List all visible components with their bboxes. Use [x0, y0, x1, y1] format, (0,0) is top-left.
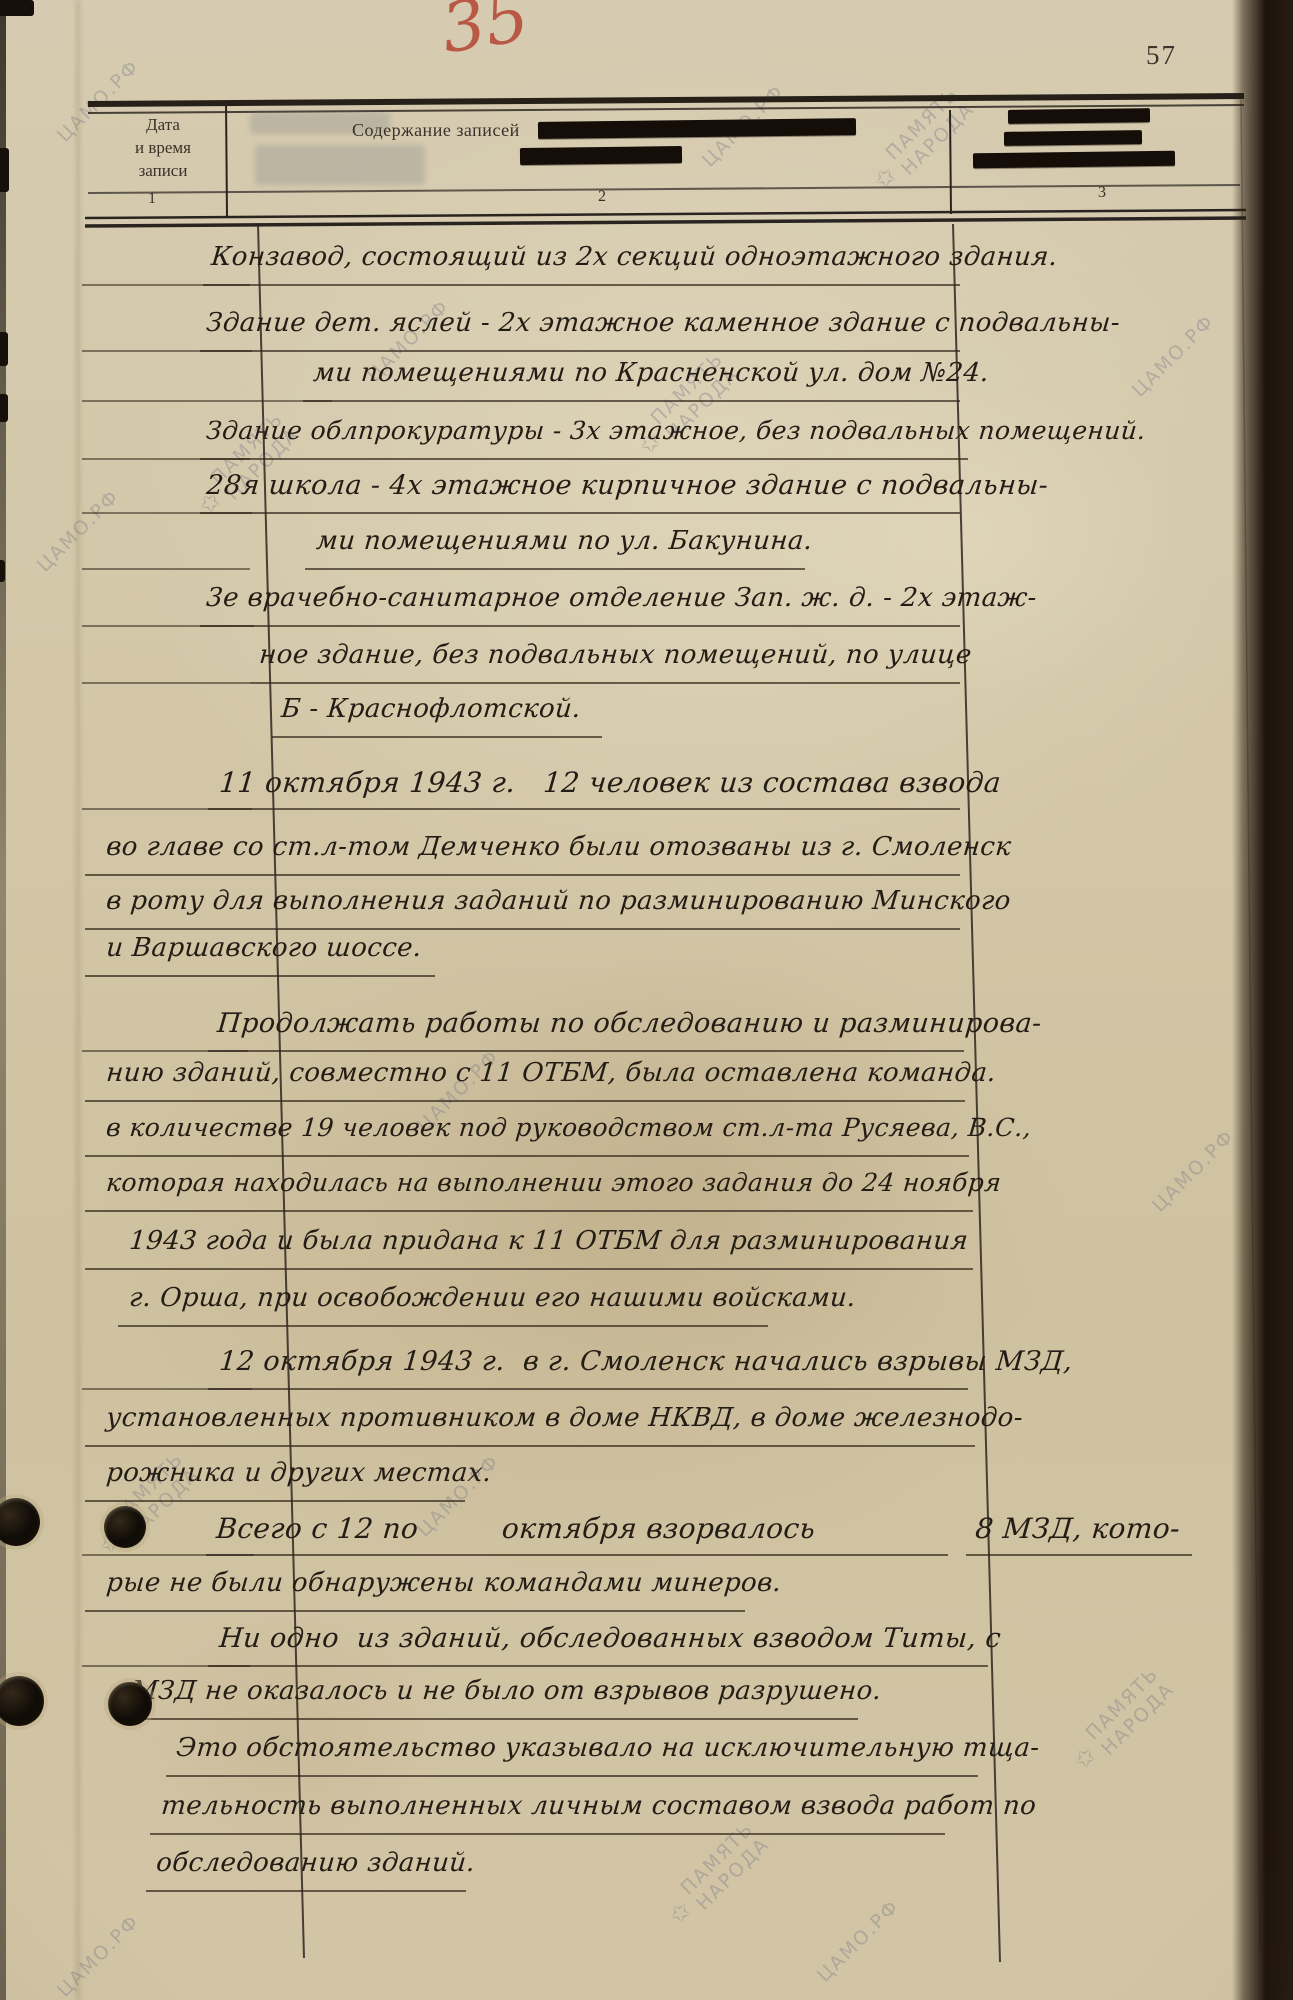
redaction-bar: [1008, 108, 1150, 124]
handwritten-line: которая находилась на выполнении этого з…: [85, 1168, 973, 1212]
handwritten-line: 28я школа - 4х этажное кирпичное здание …: [200, 470, 960, 514]
paper-crease: [76, 0, 80, 2000]
handwritten-line: ми помещениями по Красненской ул. дом №2…: [303, 358, 960, 402]
edge-mark: [0, 332, 8, 366]
date-column-rule-stub: [82, 458, 250, 460]
handwritten-text: рожника и других местах.: [105, 1458, 493, 1488]
edge-mark: [0, 148, 9, 192]
handwritten-text: Ни одно из зданий, обследованных взводом…: [218, 1623, 1002, 1654]
handwritten-line: Всего с 12 по октября взорвалось: [206, 1512, 948, 1556]
handwritten-text: Всего с 12 по октября взорвалось: [215, 1512, 817, 1545]
header-line: Дата: [102, 114, 224, 137]
handwritten-line: в количестве 19 человек под руководством…: [85, 1113, 969, 1157]
date-column-rule-stub: [82, 1665, 250, 1667]
handwritten-text: 1943 года и была придана к 11 ОТБМ для р…: [128, 1226, 969, 1256]
handwritten-line: рожника и других местах.: [85, 1458, 465, 1502]
scanned-journal-page: Дата и время записи Содержание записей 1…: [0, 0, 1293, 2000]
date-column-rule-stub: [82, 568, 250, 570]
handwritten-line: и Варшавского шоссе.: [85, 933, 435, 977]
date-column-rule-stub: [82, 682, 250, 684]
redaction-bar: [973, 151, 1175, 168]
handwritten-text: установленных противником в доме НКВД, в…: [105, 1403, 1024, 1433]
date-column-rule-stub: [82, 400, 332, 402]
handwritten-line: установленных противником в доме НКВД, в…: [85, 1403, 975, 1447]
column-header-content: Содержание записей: [352, 120, 520, 141]
redaction-bar: [520, 146, 682, 165]
handwritten-line: Здание облпрокуратуры - 3х этажное, без …: [200, 416, 968, 460]
column-number-2: 2: [598, 188, 606, 206]
handwritten-text: обследованию зданий.: [155, 1848, 476, 1878]
handwritten-line: рые не были обнаружены командами минеров…: [85, 1568, 745, 1612]
handwritten-line: 1943 года и была придана к 11 ОТБМ для р…: [85, 1226, 973, 1270]
handwritten-text: 12 октября 1943 г. в г. Смоленск началис…: [218, 1346, 1074, 1377]
binding-hole: [104, 1506, 146, 1548]
handwritten-text: рые не были обнаружены командами минеров…: [105, 1568, 783, 1598]
date-column-rule-stub: [82, 808, 252, 810]
handwritten-text: в роту для выполнения заданий по размини…: [105, 886, 1012, 916]
header-line: и время: [102, 137, 224, 160]
edge-mark: [0, 394, 8, 422]
handwritten-text: 28я школа - 4х этажное кирпичное здание …: [205, 470, 1050, 501]
handwritten-text: г. Орша, при освобождении его нашими вой…: [128, 1283, 857, 1313]
handwritten-line: Б - Краснофлотской.: [272, 694, 602, 738]
handwritten-line: 12 октября 1943 г. в г. Смоленск началис…: [208, 1346, 968, 1390]
handwritten-line: г. Орша, при освобождении его нашими вой…: [118, 1283, 768, 1327]
ink-offset-smudge: [255, 145, 425, 185]
header-line: записи: [102, 160, 224, 183]
redaction-bar: [1004, 130, 1142, 146]
edge-mark: [0, 0, 34, 16]
handwritten-line: Конзавод, состоящий из 2х секций одноэта…: [203, 242, 960, 286]
column-number-3: 3: [1098, 184, 1106, 202]
handwritten-line: Здание дет. яслей - 2х этажное каменное …: [200, 308, 960, 352]
handwritten-text: которая находилась на выполнении этого з…: [105, 1168, 1003, 1197]
date-column-rule-stub: [82, 1388, 252, 1390]
handwritten-text: ное здание, без подвальных помещений, по…: [258, 640, 973, 670]
handwritten-line: ми помещениями по ул. Бакунина.: [305, 526, 805, 570]
date-column-rule-stub: [82, 284, 250, 286]
handwritten-line: 8 МЗД, кото-: [966, 1512, 1192, 1556]
handwritten-text: 11 октября 1943 г. 12 человек из состава…: [218, 766, 1002, 799]
handwritten-line: в роту для выполнения заданий по размини…: [85, 886, 960, 930]
handwritten-line: 11 октября 1943 г. 12 человек из состава…: [208, 766, 960, 810]
handwritten-line: Это обстоятельство указывало на исключит…: [166, 1733, 978, 1777]
book-edge-shadow: [1232, 0, 1293, 2000]
handwritten-text: ми помещениями по Красненской ул. дом №2…: [312, 358, 990, 388]
handwritten-text: во главе со ст.л-том Демченко были отозв…: [105, 832, 1013, 862]
handwritten-line: обследованию зданий.: [146, 1848, 466, 1892]
handwritten-line: во главе со ст.л-том Демченко были отозв…: [85, 832, 960, 876]
handwritten-text: Здание дет. яслей - 2х этажное каменное …: [205, 308, 1121, 338]
handwritten-text: тельность выполненных личным составом вз…: [160, 1791, 1038, 1821]
handwritten-line: 3е врачебно-санитарное отделение Зап. ж.…: [200, 583, 960, 627]
edge-mark: [0, 560, 5, 582]
handwritten-line: Ни одно из зданий, обследованных взводом…: [208, 1623, 988, 1667]
handwritten-text: 3е врачебно-санитарное отделение Зап. ж.…: [205, 583, 1038, 613]
handwritten-text: нию зданий, совместно с 11 ОТБМ, была ос…: [105, 1058, 997, 1088]
handwritten-line: тельность выполненных личным составом вз…: [150, 1791, 945, 1835]
date-column-rule-stub: [82, 512, 252, 514]
column-number-1: 1: [148, 190, 156, 208]
date-column-rule-stub: [82, 1554, 254, 1556]
handwritten-text: Б - Краснофлотской.: [280, 694, 582, 724]
binding-hole: [108, 1682, 152, 1726]
date-column-rule-stub: [82, 1050, 248, 1052]
handwritten-text: в количестве 19 человек под руководством…: [105, 1113, 1033, 1142]
handwritten-line: ное здание, без подвальных помещений, по…: [250, 640, 960, 684]
handwritten-text: Здание облпрокуратуры - 3х этажное, без …: [205, 416, 1147, 445]
date-column-rule-stub: [82, 625, 254, 627]
column-header-date: Дата и время записи: [102, 114, 224, 183]
page-number: 57: [1146, 40, 1177, 71]
handwritten-line: Продолжать работы по обследованию и разм…: [208, 1008, 964, 1052]
handwritten-text: МЗД не оказалось и не было от взрывов ра…: [130, 1676, 883, 1706]
handwritten-text: 8 МЗД, кото-: [974, 1512, 1182, 1545]
handwritten-text: Конзавод, состоящий из 2х секций одноэта…: [210, 242, 1059, 272]
handwritten-line: МЗД не оказалось и не было от взрывов ра…: [118, 1676, 858, 1720]
handwritten-text: Продолжать работы по обследованию и разм…: [216, 1008, 1043, 1039]
handwritten-text: Это обстоятельство указывало на исключит…: [175, 1733, 1041, 1763]
handwritten-line: нию зданий, совместно с 11 ОТБМ, была ос…: [85, 1058, 965, 1102]
handwritten-text: и Варшавского шоссе.: [105, 933, 423, 963]
date-column-rule-stub: [82, 350, 252, 352]
handwritten-text: ми помещениями по ул. Бакунина.: [315, 526, 814, 556]
